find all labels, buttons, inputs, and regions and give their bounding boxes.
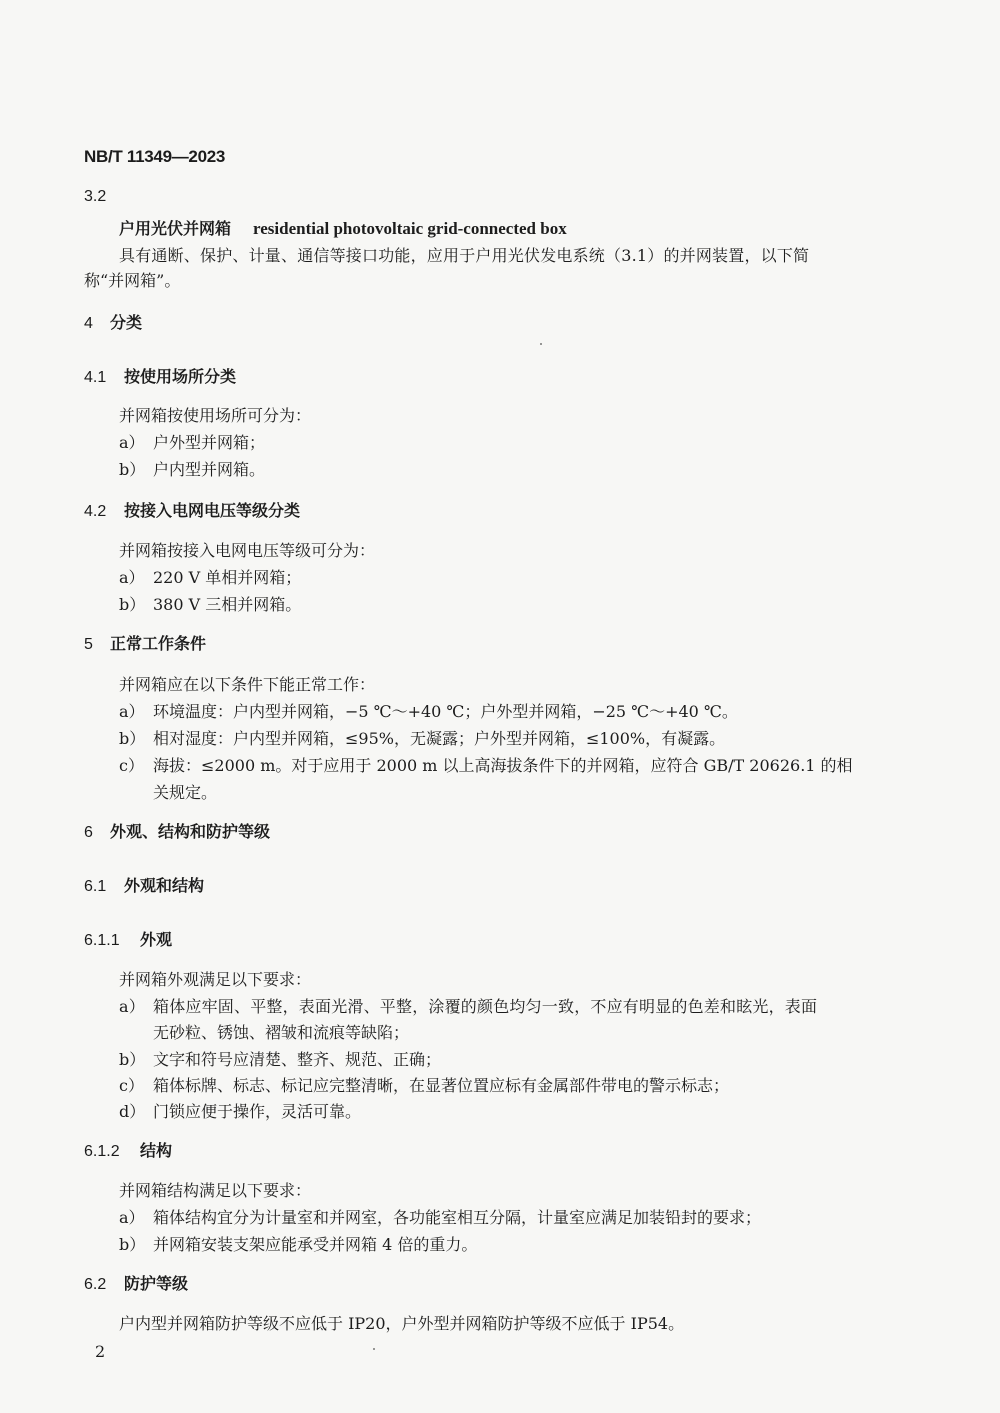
list-item: a）箱体结构宜分为计量室和并网室，各功能室相互分隔，计量室应满足加装铅封的要求； xyxy=(119,1205,761,1228)
section-intro: 并网箱结构满足以下要求： xyxy=(119,1178,311,1201)
term-number: 3.2 xyxy=(84,188,106,206)
section-heading-4: 4分类 xyxy=(84,310,142,333)
section-intro: 并网箱应在以下条件下能正常工作： xyxy=(119,672,375,695)
list-item: d）门锁应便于操作，灵活可靠。 xyxy=(119,1099,361,1122)
section-intro: 并网箱外观满足以下要求： xyxy=(119,967,311,990)
term-definition-cont: 称“并网箱”。 xyxy=(84,268,180,291)
list-item: b）相对湿度：户内型并网箱，≤95%，无凝露；户外型并网箱，≤100%，有凝露。 xyxy=(119,726,725,749)
list-item: b）380 V 三相并网箱。 xyxy=(119,592,301,615)
list-item-cont: 无砂粒、锈蚀、褶皱和流痕等缺陷； xyxy=(153,1020,409,1043)
list-item-cont: 关规定。 xyxy=(153,780,217,803)
section-text: 户内型并网箱防护等级不应低于 IP20，户外型并网箱防护等级不应低于 IP54。 xyxy=(119,1311,684,1334)
scan-speck xyxy=(540,343,542,345)
list-item: c）箱体标牌、标志、标记应完整清晰，在显著位置应标有金属部件带电的警示标志； xyxy=(119,1073,729,1096)
list-item: a）箱体应牢固、平整，表面光滑、平整，涂覆的颜色均匀一致，不应有明显的色差和眩光… xyxy=(119,994,817,1017)
section-intro: 并网箱按使用场所可分为： xyxy=(119,403,311,426)
page-number: 2 xyxy=(95,1342,105,1361)
section-heading-4-2: 4.2按接入电网电压等级分类 xyxy=(84,498,300,521)
section-heading-5: 5正常工作条件 xyxy=(84,631,206,654)
list-item: c）海拔：≤2000 m。对于应用于 2000 m 以上高海拔条件下的并网箱，应… xyxy=(119,753,853,776)
list-item: b）并网箱安装支架应能承受并网箱 4 倍的重力。 xyxy=(119,1232,477,1255)
section-heading-6-2: 6.2防护等级 xyxy=(84,1271,188,1294)
section-heading-6-1-2: 6.1.2结构 xyxy=(84,1138,172,1161)
term-chinese: 户用光伏并网箱 xyxy=(119,219,231,238)
section-heading-6: 6外观、结构和防护等级 xyxy=(84,819,270,842)
list-item: a）户外型并网箱； xyxy=(119,430,265,453)
scan-speck xyxy=(373,1348,375,1350)
list-item: b）文字和符号应清楚、整齐、规范、正确； xyxy=(119,1047,441,1070)
list-item: a）220 V 单相并网箱； xyxy=(119,565,301,588)
list-item: b）户内型并网箱。 xyxy=(119,457,265,480)
standard-id: NB/T 11349—2023 xyxy=(84,147,225,167)
term-definition: 具有通断、保护、计量、通信等接口功能，应用于户用光伏发电系统（3.1）的并网装置… xyxy=(119,243,809,266)
document-page: NB/T 11349—2023 3.2 户用光伏并网箱residential p… xyxy=(0,0,1000,1413)
term-heading: 户用光伏并网箱residential photovoltaic grid-con… xyxy=(119,216,567,239)
section-heading-6-1: 6.1外观和结构 xyxy=(84,873,204,896)
section-heading-4-1: 4.1按使用场所分类 xyxy=(84,364,236,387)
list-item: a）环境温度：户内型并网箱，−5 ℃～+40 ℃；户外型并网箱，−25 ℃～+4… xyxy=(119,699,738,722)
section-heading-6-1-1: 6.1.1外观 xyxy=(84,927,172,950)
section-intro: 并网箱按接入电网电压等级可分为： xyxy=(119,538,375,561)
term-english: residential photovoltaic grid-connected … xyxy=(253,219,567,238)
